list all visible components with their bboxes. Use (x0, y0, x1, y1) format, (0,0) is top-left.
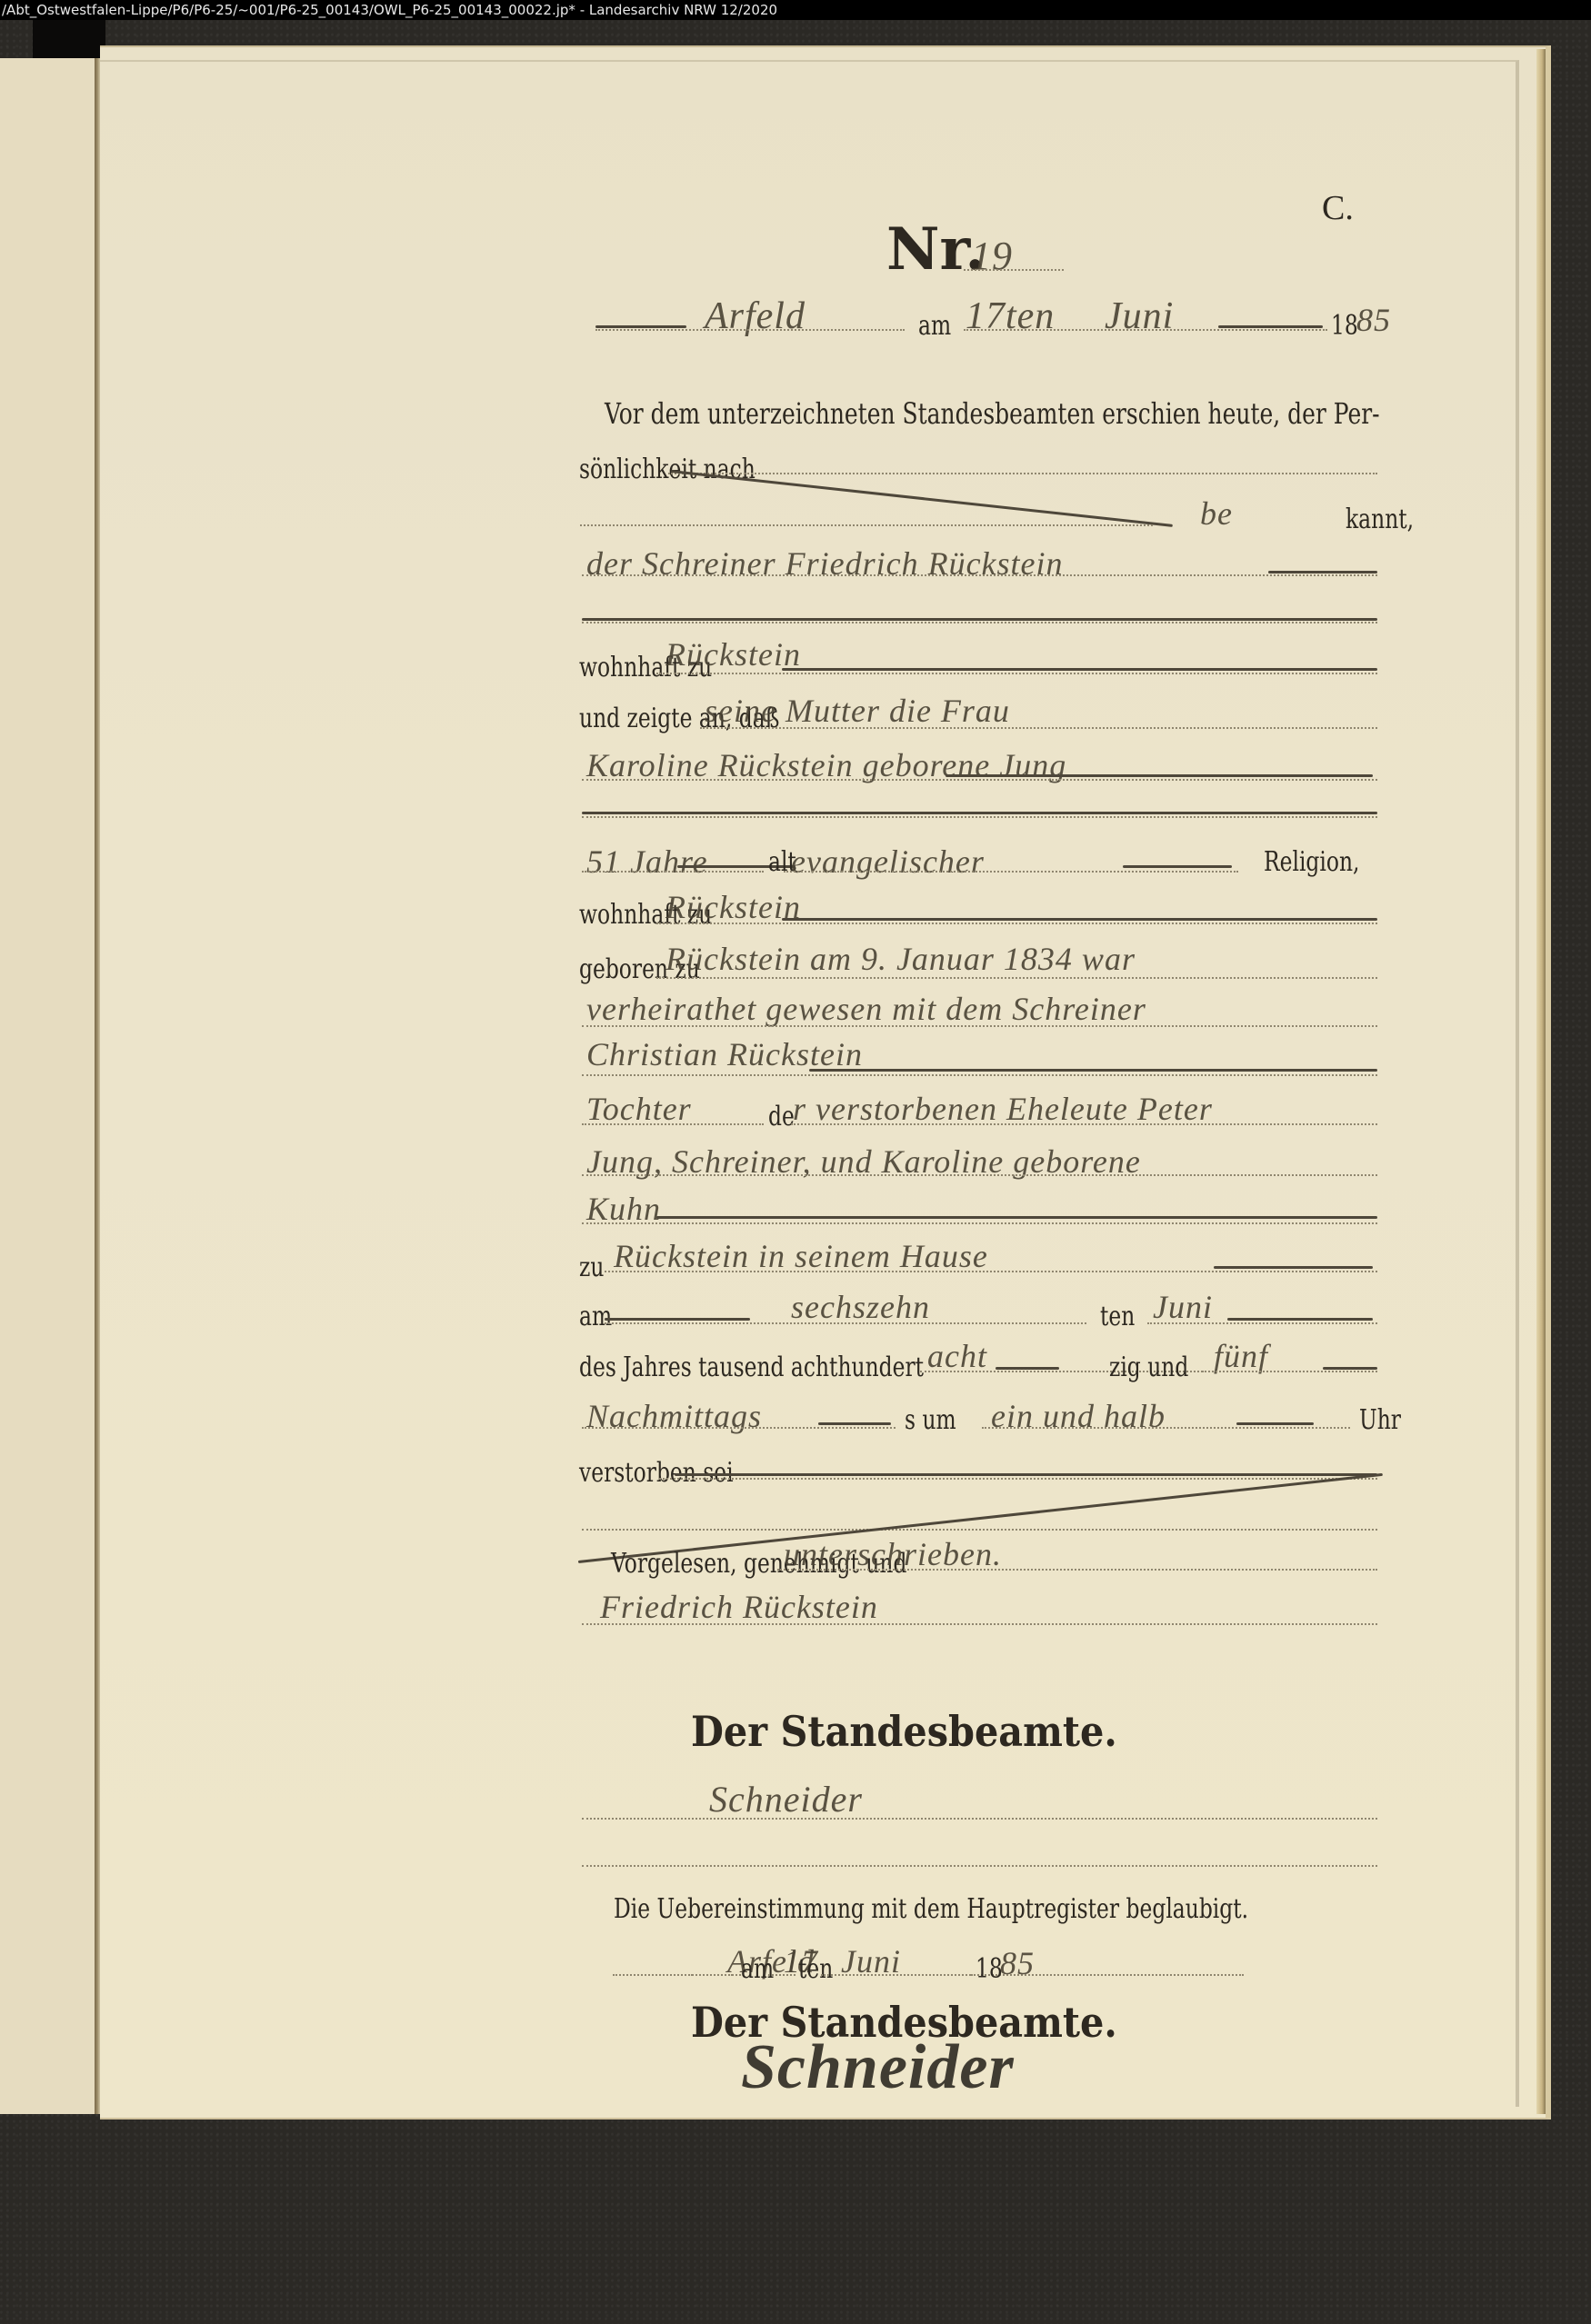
cert-year-suffix: 85 (1000, 1945, 1035, 1981)
dotline (582, 1865, 1377, 1867)
year-suffix: 85 (1356, 302, 1391, 338)
dotline (582, 1529, 1377, 1531)
window-title: /Abt_Ostwestfalen-Lippe/P6/P6-25/~001/P6… (2, 2, 777, 18)
dotline (1147, 1322, 1377, 1324)
hour-value: ein und halb (991, 1398, 1166, 1434)
dotline (582, 779, 1377, 781)
jahres-unit-value: fünf (1214, 1338, 1268, 1374)
informant-name: der Schreiner Friedrich Rückstein (586, 545, 1064, 582)
zeigte-value: seine Mutter die Frau (705, 693, 1010, 729)
form-letter: C. (1322, 193, 1354, 224)
rule (782, 918, 1377, 921)
rule (1323, 1367, 1377, 1370)
death-day-value: sechszehn (791, 1289, 930, 1325)
vorgelesen-value: unterschrieben. (784, 1536, 1002, 1572)
zig-label: zig und (1109, 1352, 1188, 1383)
dotline (582, 816, 1377, 818)
left-page-edge (0, 58, 95, 2114)
rule (582, 812, 1377, 814)
parents-line-3: Kuhn (586, 1191, 661, 1227)
dotline (784, 871, 1238, 873)
dotline (656, 673, 1377, 674)
dotline (582, 1174, 1377, 1176)
informant-signature: Friedrich Rückstein (600, 1589, 878, 1625)
rule (605, 1318, 750, 1321)
dotline (582, 1818, 1377, 1820)
der-label: de (768, 1102, 795, 1132)
uhr-label: Uhr (1359, 1405, 1401, 1436)
intro-text: Vor dem unterzeichneten Standesbeamten e… (605, 398, 1380, 429)
dotline (582, 1123, 764, 1125)
rule (1218, 325, 1323, 328)
registrar-signature-2: Schneider (741, 2050, 1015, 2086)
dotline (656, 977, 1377, 979)
dotline (582, 871, 764, 873)
rule (1227, 1318, 1373, 1321)
married-line: verheirathet gewesen mit dem Schreiner (586, 991, 1146, 1027)
certification-text: Die Uebereinstimmung mit dem Hauptregist… (614, 1894, 1248, 1925)
wittwe-value: Tochter (586, 1091, 692, 1127)
dotline (595, 329, 905, 331)
dotline (920, 1371, 1243, 1372)
year-prefix: 18 (1331, 311, 1358, 342)
rule (1268, 571, 1377, 574)
dotline (1202, 1371, 1377, 1372)
time-of-day-value: Nachmittags (586, 1398, 762, 1434)
rule (809, 1069, 1377, 1072)
window-title-bar: /Abt_Ostwestfalen-Lippe/P6/P6-25/~001/P6… (0, 0, 1591, 20)
bekannt-print: kannt, (1346, 504, 1414, 535)
jahres-label: des Jahres tausend achthundert (579, 1352, 924, 1383)
dotline (777, 1569, 1377, 1571)
religion-label: Religion, (1264, 847, 1359, 878)
registrar-heading-1: Der Standesbeamte. (691, 1709, 1117, 1754)
dotline (656, 923, 1377, 924)
wohnhaft-value-2: Rückstein (665, 889, 801, 925)
dotline (982, 1427, 1350, 1429)
am-label: am (918, 311, 951, 342)
dotline (768, 1974, 795, 1976)
death-place-value: Rückstein in seinem Hause (614, 1238, 988, 1274)
cert-am: am (741, 1954, 774, 1985)
jahres-decade-value: acht (927, 1338, 987, 1374)
cert-ten: ten (798, 1954, 833, 1985)
dotline (582, 1427, 896, 1429)
dotline (964, 329, 1327, 331)
persoenlichkeit-label: sönlichkeit nach (579, 454, 755, 485)
rule (996, 1367, 1059, 1370)
page-stack-edge (1536, 49, 1546, 2114)
rule (946, 774, 1373, 777)
dotline (668, 473, 1377, 474)
rule (818, 1422, 891, 1425)
dotline (791, 1123, 1377, 1125)
am-label: am (579, 1302, 612, 1332)
death-month-value: Juni (1153, 1289, 1213, 1325)
dotline (605, 1271, 1377, 1272)
rule (1236, 1422, 1314, 1425)
spouse-line: Christian Rückstein (586, 1036, 863, 1072)
registrar-signature-1: Schneider (709, 1781, 863, 1818)
dotline (582, 1222, 1377, 1224)
rule (656, 1216, 1377, 1219)
dotline (605, 1322, 1086, 1324)
number-dotline (964, 269, 1064, 271)
rule (595, 325, 686, 328)
dotline (582, 574, 1377, 576)
dotline (659, 1478, 1377, 1480)
dotline (700, 727, 1377, 729)
dotline (582, 1025, 1377, 1027)
dotline (582, 1074, 1377, 1076)
dotline (691, 1974, 741, 1976)
dotline (580, 524, 1153, 526)
s-um-label: s um (905, 1405, 956, 1436)
rule (1123, 865, 1232, 868)
zu-label: zu (579, 1252, 604, 1283)
rule (1214, 1266, 1373, 1269)
deceased-name: Karoline Rückstein geborene Jung (586, 747, 1066, 783)
dotline (582, 1623, 1377, 1625)
rule (782, 668, 1377, 671)
religion-value: evangelischer (791, 843, 985, 880)
wohnhaft-value-1: Rückstein (665, 636, 801, 673)
ten-label: ten (1100, 1302, 1135, 1332)
age-value: 51 Jahre (586, 843, 708, 880)
bekannt-hand: be (1200, 495, 1233, 532)
cert-year-prefix: 18 (976, 1954, 1003, 1985)
geboren-value: Rückstein am 9. Januar 1834 war (665, 941, 1136, 977)
rule (675, 1473, 1377, 1476)
book-spine-shadow (33, 20, 105, 60)
dotline (821, 1974, 971, 1976)
parents-line-1: r verstorbenen Eheleute Peter (793, 1091, 1213, 1127)
rule (582, 618, 1377, 621)
dotline (582, 622, 1377, 623)
